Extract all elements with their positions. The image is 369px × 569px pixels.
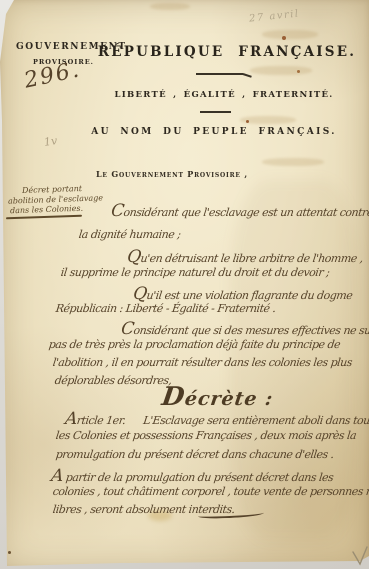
page-title: RÉPUBLIQUE FRANÇAISE.	[98, 44, 356, 60]
bleed-mark	[262, 158, 324, 166]
motto-rule	[200, 111, 231, 113]
ink-speck	[246, 120, 249, 123]
margin-note-underline	[6, 215, 82, 220]
manuscript-line: Considérant que si des mesures effective…	[120, 319, 369, 339]
manuscript-line: A partir de la promulgation du présent d…	[50, 466, 335, 486]
manuscript-line: les Colonies et possessions Françaises ,…	[55, 429, 357, 442]
scanned-document: GOUVERNEMENT PROVISOIRE. RÉPUBLIQUE FRAN…	[0, 0, 369, 569]
ink-speck	[282, 36, 286, 40]
pencil-date-note: 27 avril	[249, 8, 301, 24]
manuscript-line: l'abolition , il en pourrait résulter da…	[52, 356, 353, 369]
manuscript-line: Considérant que l'esclavage est un atten…	[110, 201, 369, 221]
motto-line: LIBERTÉ , ÉGALITÉ , FRATERNITÉ.	[114, 90, 333, 100]
manuscript-line: promulgation du présent décret dans chac…	[55, 448, 335, 461]
title-rule	[196, 73, 243, 75]
bleed-mark	[150, 3, 190, 10]
manuscript-line: la dignité humaine ;	[78, 228, 181, 241]
manuscript-line: déplorables désordres,	[54, 374, 172, 387]
manuscript-line: colonies , tout châtiment corporel , tou…	[52, 485, 369, 498]
manuscript-line: Qu'il est une violation flagrante du dog…	[132, 284, 354, 304]
ink-speck	[8, 551, 11, 554]
pencil-check-mark	[352, 546, 368, 566]
manuscript-line: Article 1er. L'Esclavage sera entièremen…	[64, 409, 369, 429]
folio-number: 296.	[22, 57, 83, 93]
document-page: GOUVERNEMENT PROVISOIRE. RÉPUBLIQUE FRAN…	[0, 0, 369, 569]
in-the-name-line: AU NOM DU PEUPLE FRANÇAIS.	[91, 127, 337, 137]
manuscript-line: il supprime le principe naturel du droit…	[60, 266, 330, 279]
bleed-mark	[262, 30, 318, 39]
pencil-folio-note: 1v	[43, 134, 58, 149]
issuer-line: Le Gouvernement Provisoire ,	[96, 169, 248, 179]
manuscript-line: Qu'en détruisant le libre arbitre de l'h…	[126, 247, 364, 267]
decree-heading: Décrète :	[160, 382, 276, 412]
manuscript-line: pas de très près la proclamation déjà fa…	[48, 338, 341, 351]
ink-speck	[297, 70, 300, 73]
bleed-mark	[250, 66, 312, 75]
manuscript-line: Républicain : Liberté - Égalité - Frater…	[55, 302, 276, 315]
margin-note-line: dans les Colonies.	[10, 204, 83, 216]
